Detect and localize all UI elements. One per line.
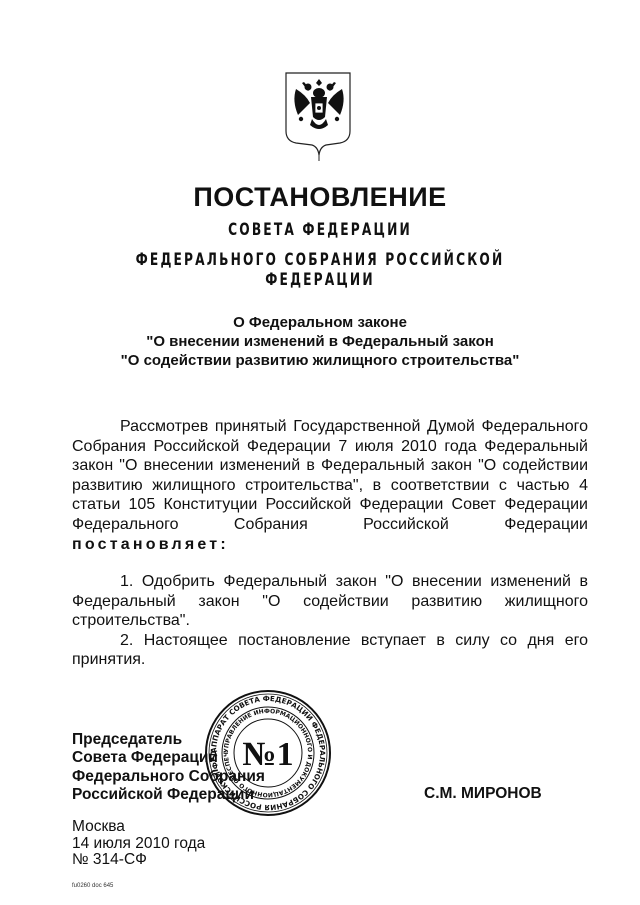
issuance-details: Москва 14 июля 2010 года № 314-СФ bbox=[72, 819, 205, 869]
law-heading-line: О Федеральном законе bbox=[0, 313, 640, 332]
signatory-position-line: Российской Федерации bbox=[72, 786, 265, 804]
signatory-position: Председатель Совета Федерации Федерально… bbox=[72, 731, 265, 804]
issuance-date: 14 июля 2010 года bbox=[72, 836, 205, 853]
issuance-city: Москва bbox=[72, 819, 205, 836]
signatory-position-line: Федерального Собрания bbox=[72, 768, 265, 786]
resolves-keyword: постановляет: bbox=[72, 536, 229, 553]
coat-of-arms-icon bbox=[284, 71, 354, 163]
signatory-name: С.М. МИРОНОВ bbox=[424, 785, 542, 803]
resolution-item: 1. Одобрить Федеральный закон "О внесени… bbox=[72, 572, 588, 631]
resolution-item: 2. Настоящее постановление вступает в си… bbox=[72, 631, 588, 670]
issuer-line-1: СОВЕТА ФЕДЕРАЦИИ bbox=[90, 220, 551, 240]
resolution-items: 1. Одобрить Федеральный закон "О внесени… bbox=[72, 572, 588, 670]
preamble-paragraph: Рассмотрев принятый Государственной Думо… bbox=[72, 417, 588, 554]
signatory-position-line: Председатель bbox=[72, 731, 265, 749]
document-title: ПОСТАНОВЛЕНИЕ bbox=[0, 181, 640, 213]
issuer-line-2: ФЕДЕРАЛЬНОГО СОБРАНИЯ РОССИЙСКОЙ ФЕДЕРАЦ… bbox=[90, 250, 551, 290]
law-heading-line: "О содействии развитию жилищного строите… bbox=[0, 351, 640, 370]
law-heading: О Федеральном законе "О внесении изменен… bbox=[0, 313, 640, 370]
law-heading-line: "О внесении изменений в Федеральный зако… bbox=[0, 332, 640, 351]
footer-file-code: fu0260 doc 645 bbox=[72, 883, 113, 889]
preamble-text: Рассмотрев принятый Государственной Думо… bbox=[72, 418, 588, 533]
signatory-position-line: Совета Федерации bbox=[72, 749, 265, 767]
document-number: № 314-СФ bbox=[72, 852, 205, 869]
